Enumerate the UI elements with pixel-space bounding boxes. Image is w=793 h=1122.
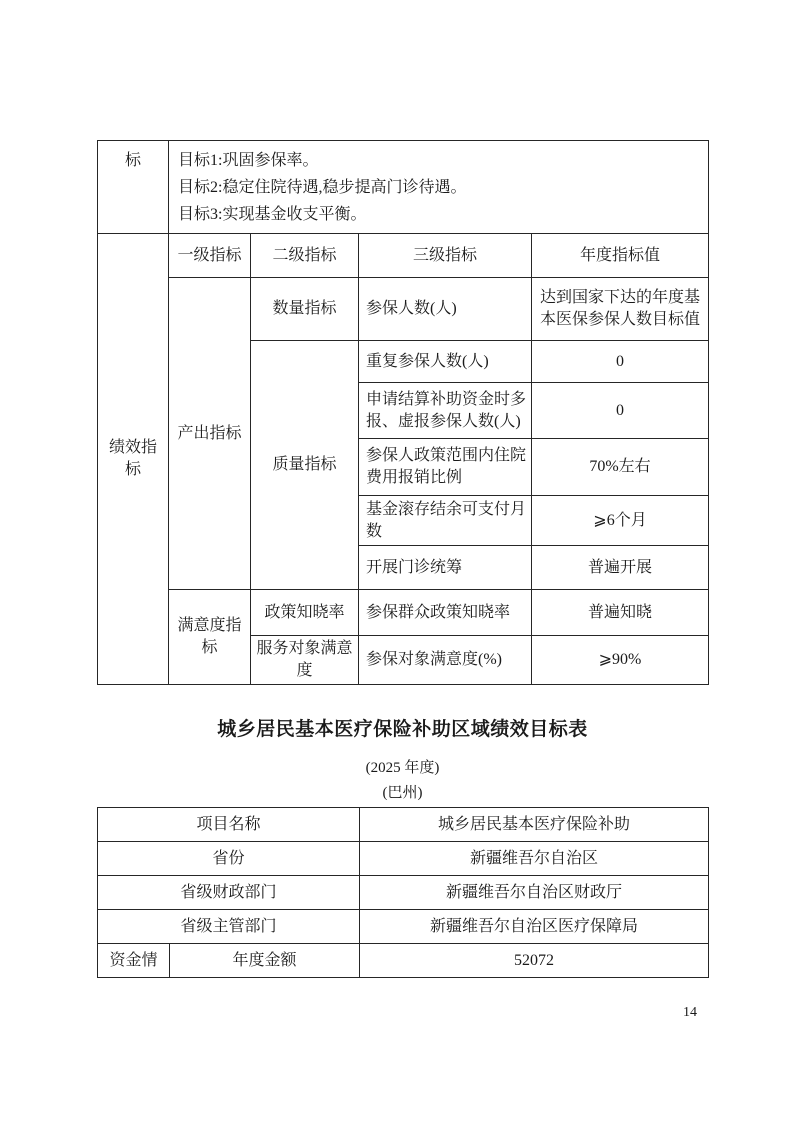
indicator-value-cell: ⩾90% [532,636,709,685]
quality-group-cell: 质量指标 [251,341,359,590]
funding-side-label-fragment: 资金情 [98,944,170,978]
goal-line-1: 目标1:巩固参保率。 [178,147,704,174]
region-target-table: 项目名称 城乡居民基本医疗保险补助 省份 新疆维吾尔自治区 省级财政部门 新疆维… [97,807,709,978]
indicator-name-cell: 参保人政策范围内住院费用报销比例 [359,439,532,496]
level2-cell: 服务对象满意度 [251,636,359,685]
row-province: 省份 新疆维吾尔自治区 [98,842,709,876]
header-level1: 一级指标 [169,234,251,278]
goal-lines-cell: 目标1:巩固参保率。 目标2:稳定住院待遇,稳步提高门诊待遇。 目标3:实现基金… [169,141,709,234]
field-value-cell: 新疆维吾尔自治区 [360,842,709,876]
indicator-value-cell: ⩾6个月 [532,496,709,546]
satisfaction-group-cell: 满意度指标 [169,590,251,685]
field-label-cell: 省份 [98,842,360,876]
indicator-name-cell: 参保对象满意度(%) [359,636,532,685]
indicator-name-cell: 重复参保人数(人) [359,341,532,383]
page-number: 14 [683,1004,697,1022]
field-label-cell: 省级财政部门 [98,876,360,910]
indicator-value-cell: 普遍知晓 [532,590,709,636]
subtitle-region: (巴州) [97,784,708,802]
indicator-header-row: 绩效指标 一级指标 二级指标 三级指标 年度指标值 [98,234,709,278]
header-level2: 二级指标 [251,234,359,278]
level2-cell: 政策知晓率 [251,590,359,636]
indicator-row-enrollment: 产出指标 数量指标 参保人数(人) 达到国家下达的年度基本医保参保人数目标值 [98,278,709,341]
indicator-name-cell: 开展门诊统筹 [359,546,532,590]
performance-indicator-table: 标 目标1:巩固参保率。 目标2:稳定住院待遇,稳步提高门诊待遇。 目标3:实现… [97,140,709,685]
document-page: 标 目标1:巩固参保率。 目标2:稳定住院待遇,稳步提高门诊待遇。 目标3:实现… [0,0,793,1122]
goal-line-3: 目标3:实现基金收支平衡。 [178,201,704,228]
annual-goals-row: 标 目标1:巩固参保率。 目标2:稳定住院待遇,稳步提高门诊待遇。 目标3:实现… [98,141,709,234]
field-value-cell: 52072 [360,944,709,978]
indicator-side-label-text: 绩效指标 [109,437,157,481]
indicator-value-cell: 达到国家下达的年度基本医保参保人数目标值 [532,278,709,341]
indicator-value-cell: 0 [532,341,709,383]
field-label-cell: 项目名称 [98,808,360,842]
field-label-cell: 年度金额 [170,944,360,978]
quantity-group-cell: 数量指标 [251,278,359,341]
region-report-title: 城乡居民基本医疗保险补助区域绩效目标表 [97,718,708,742]
field-value-cell: 新疆维吾尔自治区财政厅 [360,876,709,910]
field-value-cell: 新疆维吾尔自治区医疗保障局 [360,910,709,944]
row-competent-department: 省级主管部门 新疆维吾尔自治区医疗保障局 [98,910,709,944]
field-value-cell: 城乡居民基本医疗保险补助 [360,808,709,842]
goal-line-2: 目标2:稳定住院待遇,稳步提高门诊待遇。 [178,174,704,201]
subtitle-year: (2025 年度) [97,759,708,777]
indicator-value-cell: 普遍开展 [532,546,709,590]
indicator-name-cell: 参保群众政策知晓率 [359,590,532,636]
goal-side-label-fragment: 标 [98,141,169,234]
indicator-name-cell: 申请结算补助资金时多报、虚报参保人数(人) [359,383,532,439]
level2-text: 服务对象满意度 [257,638,353,682]
row-finance-department: 省级财政部门 新疆维吾尔自治区财政厅 [98,876,709,910]
indicator-value-cell: 0 [532,383,709,439]
row-project-name: 项目名称 城乡居民基本医疗保险补助 [98,808,709,842]
field-label-cell: 省级主管部门 [98,910,360,944]
header-annual-value: 年度指标值 [532,234,709,278]
indicator-row-policy-awareness: 满意度指标 政策知晓率 参保群众政策知晓率 普遍知晓 [98,590,709,636]
output-group-cell: 产出指标 [169,278,251,590]
indicator-name-cell: 基金滚存结余可支付月数 [359,496,532,546]
header-level3: 三级指标 [359,234,532,278]
row-annual-amount: 资金情 年度金额 52072 [98,944,709,978]
indicator-name-cell: 参保人数(人) [359,278,532,341]
page-content: 标 目标1:巩固参保率。 目标2:稳定住院待遇,稳步提高门诊待遇。 目标3:实现… [97,140,708,978]
satisfaction-group-text: 满意度指标 [178,615,242,659]
indicator-value-cell: 70%左右 [532,439,709,496]
indicator-table-side-label: 绩效指标 [98,234,169,685]
